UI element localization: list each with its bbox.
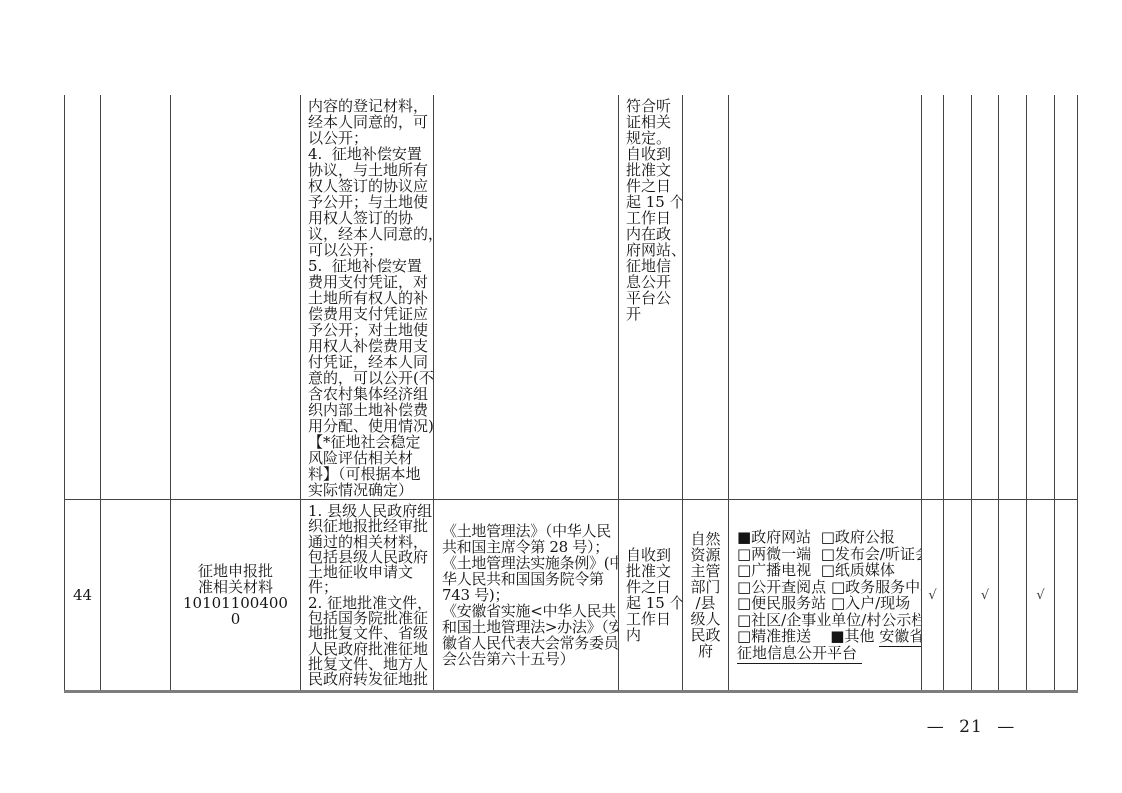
text-line: 征地申报批 bbox=[198, 563, 273, 579]
text-line: /县 bbox=[695, 595, 715, 611]
text-line: 织内部土地补偿费 bbox=[308, 402, 432, 418]
text-line: 民政府转发征地批 bbox=[308, 672, 432, 687]
text-line: 部门 bbox=[690, 579, 720, 595]
text-line: 工作日 bbox=[626, 611, 682, 627]
text-line: 开 bbox=[626, 306, 682, 322]
text-line: 权人签订的协议应 bbox=[308, 178, 432, 194]
text-line: 5. 征地补偿安置 bbox=[308, 258, 432, 274]
channel-text: □入户/现场 bbox=[826, 594, 910, 612]
text-line: 土地所有权人的补 bbox=[308, 290, 432, 306]
text-line: 徽省人民代表大会常务委员 bbox=[442, 635, 618, 651]
underlined-text: 征地信息公开平台 bbox=[737, 644, 862, 664]
item-name-cell: 征地申报批准相关材料101011004000 bbox=[170, 500, 300, 690]
channels-cell: ■政府网站 □政府公报□两微一端 □发布会/听证会□广播电视 □纸质媒体□公开查… bbox=[728, 500, 921, 690]
seq-number: 44 bbox=[73, 586, 92, 604]
category-cell bbox=[100, 500, 170, 690]
text-line: 征地信 bbox=[626, 258, 682, 274]
text-line: 料】（可根据本地 bbox=[308, 466, 432, 482]
check-cell-5: √ bbox=[1026, 500, 1054, 690]
text-line: 准相关材料 bbox=[198, 579, 273, 595]
text-line: 资源 bbox=[690, 547, 720, 563]
text-line: 议，经本人同意的， bbox=[308, 226, 432, 242]
table-row-continued: 内容的登记材料，经本人同意的，可以公开；4. 征地补偿安置协议，与土地所有权人签… bbox=[64, 95, 1078, 499]
check-cell-4 bbox=[998, 500, 1026, 690]
text-line: 证相关 bbox=[626, 114, 682, 130]
text-line: 规定。 bbox=[626, 130, 682, 146]
disclosure-content-cell-continued: 内容的登记材料，经本人同意的，可以公开；4. 征地补偿安置协议，与土地所有权人签… bbox=[300, 95, 433, 499]
channel-text: □发布会/听证会 bbox=[811, 545, 921, 563]
table-row-44: 44 征地申报批准相关材料101011004000 1. 县级人民政府组织征地报… bbox=[64, 499, 1078, 693]
text-line: 批准文 bbox=[626, 162, 682, 178]
check-cell-2 bbox=[943, 500, 971, 690]
disclosure-content-cell: 1. 县级人民政府组织征地报批经审批通过的相关材料，包括县级人民政府土地征收申请… bbox=[300, 500, 433, 690]
text-line: 起 15 个 bbox=[626, 194, 682, 210]
channel-line: □社区/企事业单位/村公示栏 bbox=[737, 612, 921, 629]
channel-line: 征地信息公开平台 bbox=[737, 645, 921, 662]
check-cell-continued-3 bbox=[971, 95, 998, 499]
text-line: 743 号)； bbox=[442, 587, 618, 603]
channel-text: □便民服务站 bbox=[737, 594, 826, 612]
text-line: 费用支付凭证，对 bbox=[308, 274, 432, 290]
legal-basis-cell: 《土地管理法》（中华人民共和国主席令第 28 号）；《土地管理法实施条例》(中华… bbox=[433, 500, 618, 690]
text-line: 予公开；与土地使 bbox=[308, 194, 432, 210]
check-cell-continued-4 bbox=[998, 95, 1026, 499]
text-line: 《安徽省实施<中华人民共 bbox=[442, 603, 618, 619]
text-line: 自收到 bbox=[626, 146, 682, 162]
text-line: 以公开； bbox=[308, 130, 432, 146]
text-line: 工作日 bbox=[626, 210, 682, 226]
channel-line: □两微一端 □发布会/听证会 bbox=[737, 546, 921, 563]
text-line: 含农村集体经济组 bbox=[308, 386, 432, 402]
check-mark: √ bbox=[1036, 588, 1044, 603]
text-line: 平台公 bbox=[626, 290, 682, 306]
category-cell-continued bbox=[100, 95, 170, 499]
disclosure-time-cell-continued: 符合听证相关规定。自收到批准文件之日起 15 个工作日内在政府网站、征地信息公开… bbox=[618, 95, 682, 499]
check-cell-continued-6 bbox=[1054, 95, 1078, 499]
text-line: 风险评估相关材 bbox=[308, 450, 432, 466]
channel-text: □纸质媒体 bbox=[811, 561, 895, 579]
text-line: 意的，可以公开(不 bbox=[308, 370, 432, 386]
text-line: 10101100400 bbox=[183, 595, 288, 611]
text-line: 件之日 bbox=[626, 579, 682, 595]
responsible-dept-cell-continued bbox=[682, 95, 728, 499]
channel-line: ■政府网站 □政府公报 bbox=[737, 529, 921, 546]
text-line: 府 bbox=[698, 643, 713, 659]
text-line: 符合听 bbox=[626, 98, 682, 114]
check-cell-continued-5 bbox=[1026, 95, 1054, 499]
text-line: 自收到 bbox=[626, 547, 682, 563]
channel-line: □精准推送 ■其他 安徽省 bbox=[737, 628, 921, 645]
text-line: 府网站、 bbox=[626, 242, 682, 258]
channel-text: □社区/企事业单位/村公示栏 bbox=[737, 611, 921, 629]
text-line: 内 bbox=[626, 627, 682, 643]
channel-line: □广播电视 □纸质媒体 bbox=[737, 562, 921, 579]
text-line: 【*征地社会稳定 bbox=[308, 434, 432, 450]
text-line: 级人 bbox=[690, 611, 720, 627]
text-line: 用权人补偿费用支 bbox=[308, 338, 432, 354]
text-line: 4. 征地补偿安置 bbox=[308, 146, 432, 162]
check-cell-6 bbox=[1054, 500, 1078, 690]
channel-text: ■政府网站 bbox=[737, 528, 811, 546]
channel-text: □精准推送 bbox=[737, 627, 811, 645]
text-line: 用权人签订的协 bbox=[308, 210, 432, 226]
text-line: 付凭证，经本人同 bbox=[308, 354, 432, 370]
text-line: 内容的登记材料， bbox=[308, 98, 432, 114]
text-line: 批准文 bbox=[626, 563, 682, 579]
check-cell-continued-1 bbox=[921, 95, 943, 499]
legal-basis-cell-continued bbox=[433, 95, 618, 499]
text-line: 会公告第六十五号） bbox=[442, 651, 618, 667]
channel-text: □公开查阅点 bbox=[737, 578, 826, 596]
text-line: 偿费用支付凭证应 bbox=[308, 306, 432, 322]
text-line: 和国土地管理法>办法》（安 bbox=[442, 619, 618, 635]
seq-cell-continued bbox=[64, 95, 100, 499]
text-line: 实际情况确定） bbox=[308, 482, 432, 498]
channels-cell-continued bbox=[728, 95, 921, 499]
text-line: 内在政 bbox=[626, 226, 682, 242]
text-line: 民政 bbox=[690, 627, 720, 643]
text-line: 主管 bbox=[690, 563, 720, 579]
text-line: 息公开 bbox=[626, 274, 682, 290]
text-line: 《土地管理法》（中华人民 bbox=[442, 523, 618, 539]
check-cell-continued-2 bbox=[943, 95, 971, 499]
channel-text: □两微一端 bbox=[737, 545, 811, 563]
channel-text: □广播电视 bbox=[737, 561, 811, 579]
text-line: 予公开；对土地使 bbox=[308, 322, 432, 338]
text-line: 共和国主席令第 28 号）； bbox=[442, 539, 618, 555]
check-cell-1: √ bbox=[921, 500, 943, 690]
responsible-dept-cell: 自然资源主管部门/县级人民政府 bbox=[682, 500, 728, 690]
text-line: 自然 bbox=[690, 531, 720, 547]
check-cell-3: √ bbox=[971, 500, 998, 690]
text-line: 件之日 bbox=[626, 178, 682, 194]
item-name-cell-continued bbox=[170, 95, 300, 499]
channel-text: ■其他 bbox=[811, 627, 879, 645]
text-line: 用分配、使用情况) bbox=[308, 418, 432, 434]
check-mark: √ bbox=[928, 588, 936, 603]
channel-text: □政务服务中心 bbox=[826, 578, 921, 596]
disclosure-time-cell: 自收到批准文件之日起 15 个工作日内 bbox=[618, 500, 682, 690]
channel-text: □政府公报 bbox=[811, 528, 895, 546]
text-line: 可以公开； bbox=[308, 242, 432, 258]
text-line: 起 15 个 bbox=[626, 595, 682, 611]
seq-cell: 44 bbox=[64, 500, 100, 690]
text-line: 华人民共和国国务院令第 bbox=[442, 571, 618, 587]
land-expropriation-disclosure-table: 内容的登记材料，经本人同意的，可以公开；4. 征地补偿安置协议，与土地所有权人签… bbox=[64, 95, 1078, 693]
channel-line: □便民服务站 □入户/现场 bbox=[737, 595, 921, 612]
text-line: 《土地管理法实施条例》(中 bbox=[442, 555, 618, 571]
text-line: 0 bbox=[231, 611, 241, 627]
text-line: 协议，与土地所有 bbox=[308, 162, 432, 178]
check-mark: √ bbox=[981, 588, 989, 603]
channel-line: □公开查阅点 □政务服务中心 bbox=[737, 579, 921, 596]
page-number: — 21 — bbox=[906, 717, 1036, 737]
text-line: 经本人同意的，可 bbox=[308, 114, 432, 130]
